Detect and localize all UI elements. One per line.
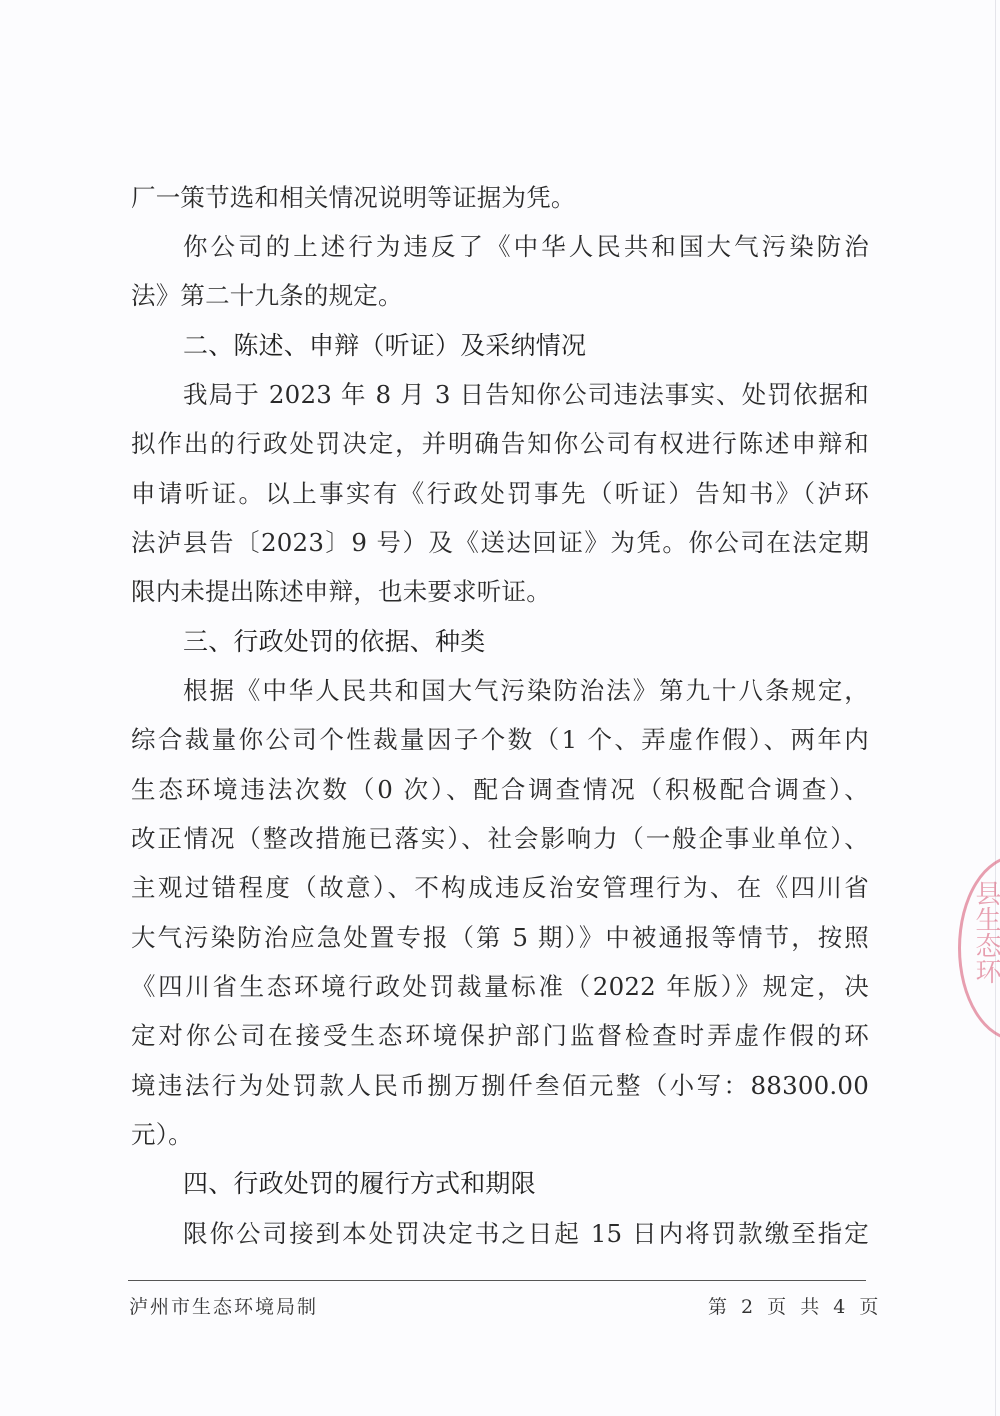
paragraph-line: 《四川省生态环境行政处罚裁量标准（2022 年版）》规定，决 (131, 967, 869, 1007)
paragraph-line: 改正情况（整改措施已落实）、社会影响力（一般企事业单位）、 (131, 819, 869, 859)
page-indicator: 第 2 页 共 4 页 (708, 1292, 880, 1319)
paragraph-line: 定对你公司在接受生态环境保护部门监督检查时弄虚作假的环 (131, 1016, 869, 1056)
paragraph-line: 申请听证。以上事实有《行政处罚事先（听证）告知书》（泸环 (131, 474, 869, 514)
paragraph-line: 限内未提出陈述申辩，也未要求听证。 (131, 572, 551, 612)
paragraph-line: 你公司的上述行为违反了《中华人民共和国大气污染防治 (183, 227, 869, 267)
footer-divider (128, 1280, 866, 1281)
section-heading-4: 四、行政处罚的履行方式和期限 (183, 1164, 536, 1204)
fine-amount-line: 境违法行为处罚款人民币捌万捌仟叁佰元整（小写：88300.00 (131, 1066, 869, 1106)
paragraph-line: 综合裁量你公司个性裁量因子个数（1 个、弄虚作假）、两年内 (131, 720, 869, 760)
paragraph-line: 根据《中华人民共和国大气污染防治法》第九十八条规定， (183, 671, 869, 711)
paragraph-line: 拟作出的行政处罚决定，并明确告知你公司有权进行陈述申辩和 (131, 424, 869, 464)
paragraph-line: 生态环境违法次数（0 次）、配合调查情况（积极配合调查）、 (131, 770, 869, 810)
paragraph-line: 法泸县告〔2023〕9 号）及《送达回证》为凭。你公司在法定期 (131, 523, 869, 563)
footer-issuer: 泸州市生态环境局制 (129, 1292, 318, 1319)
paragraph-line: 厂一策节选和相关情况说明等证据为凭。 (131, 178, 576, 218)
scan-edge-line (995, 0, 996, 1416)
paragraph-line: 元）。 (131, 1115, 193, 1155)
paragraph-line: 主观过错程度（故意）、不构成违反治安管理行为、在《四川省 (131, 868, 869, 908)
section-heading-2: 二、陈述、申辩（听证）及采纳情况 (183, 326, 586, 366)
paragraph-line: 大气污染防治应急处置专报（第 5 期）》中被通报等情节，按照 (131, 918, 869, 958)
seal-text: 县生态环 (966, 880, 1000, 984)
paragraph-line: 法》第二十九条的规定。 (131, 276, 403, 316)
paragraph-line: 我局于 2023 年 8 月 3 日告知你公司违法事实、处罚依据和 (183, 375, 869, 415)
document-page: 厂一策节选和相关情况说明等证据为凭。 你公司的上述行为违反了《中华人民共和国大气… (0, 0, 1000, 1416)
section-heading-3: 三、行政处罚的依据、种类 (183, 622, 485, 662)
paragraph-line: 限你公司接到本处罚决定书之日起 15 日内将罚款缴至指定 (183, 1214, 869, 1254)
